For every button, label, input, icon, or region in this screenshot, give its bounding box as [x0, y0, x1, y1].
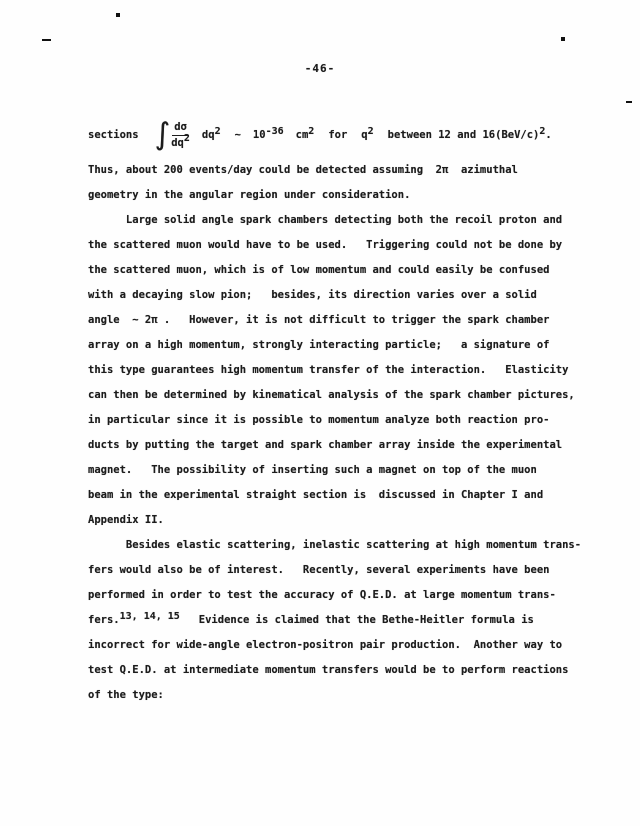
scan-speck	[42, 39, 51, 41]
text-line: array on a high momentum, strongly inter…	[88, 333, 581, 358]
dq-base: dq	[202, 129, 215, 141]
q-squared-term: q2	[361, 129, 373, 141]
integral-icon: ∫	[155, 120, 171, 150]
text-line: magnet. The possibility of inserting suc…	[88, 458, 581, 483]
range-base: between 12 and 16(BeV/c)	[388, 129, 540, 141]
cm-exponent: 2	[308, 126, 314, 137]
text-line: Appendix II.	[88, 508, 581, 533]
text-line: with a decaying slow pion; besides, its …	[88, 283, 581, 308]
q-base: q	[361, 129, 367, 141]
text-line: ducts by putting the target and spark ch…	[88, 433, 581, 458]
text-line: geometry in the angular region under con…	[88, 183, 581, 208]
sentence-period: .	[545, 129, 551, 141]
text-line: test Q.E.D. at intermediate momentum tra…	[88, 658, 581, 683]
range-exponent: 2	[539, 126, 545, 137]
text-line-references: fers.13, 14, 15 Evidence is claimed that…	[88, 608, 581, 633]
fraction-denominator-base: dq	[171, 137, 184, 149]
dq-squared-term: dq2	[202, 129, 221, 141]
fraction: dσ dq2	[171, 121, 190, 148]
text-line: the scattered muon would have to be used…	[88, 233, 581, 258]
document-page: -46- sections ∫ dσ dq2 dq2 ~ 10-36 cm2 f…	[0, 0, 640, 826]
page-number: -46-	[0, 62, 640, 75]
ten-power-term: 10-36	[253, 129, 284, 141]
text-line: beam in the experimental straight sectio…	[88, 483, 581, 508]
text-line: fers would also be of interest. Recently…	[88, 558, 581, 583]
range-text: between 12 and 16(BeV/c)2.	[388, 129, 552, 141]
ten-base: 10	[253, 129, 266, 141]
reference-numbers: 13, 14, 15	[120, 611, 180, 622]
dq-exponent: 2	[215, 126, 221, 137]
cm-base: cm	[296, 129, 309, 141]
text-line: this type guarantees high momentum trans…	[88, 358, 581, 383]
refs-prefix: fers.	[88, 614, 120, 626]
scan-speck	[116, 13, 120, 17]
text-line: Besides elastic scattering, inelastic sc…	[88, 533, 581, 558]
text-line: the scattered muon, which is of low mome…	[88, 258, 581, 283]
ten-exponent: -36	[266, 126, 284, 137]
fraction-denominator-exponent: 2	[184, 133, 190, 144]
text-line: performed in order to test the accuracy …	[88, 583, 581, 608]
for-word: for	[328, 129, 347, 141]
cm-squared-term: cm2	[296, 129, 315, 141]
fraction-denominator: dq2	[171, 136, 190, 149]
text-line: incorrect for wide-angle electron-positr…	[88, 633, 581, 658]
q-exponent: 2	[368, 126, 374, 137]
refs-rest: Evidence is claimed that the Bethe-Heitl…	[180, 614, 534, 626]
text-line: can then be determined by kinematical an…	[88, 383, 581, 408]
formula-prefix: sections	[88, 129, 139, 141]
text-line: of the type:	[88, 683, 581, 708]
body-text: Thus, about 200 events/day could be dete…	[88, 158, 581, 708]
text-line: in particular since it is possible to mo…	[88, 408, 581, 433]
approx-symbol: ~	[235, 129, 241, 141]
text-line: Large solid angle spark chambers detecti…	[88, 208, 581, 233]
text-line: Thus, about 200 events/day could be dete…	[88, 158, 581, 183]
integral-expression: ∫ dσ dq2	[155, 120, 190, 150]
text-line: angle ~ 2π . However, it is not difficul…	[88, 308, 581, 333]
cross-section-formula: sections ∫ dσ dq2 dq2 ~ 10-36 cm2 for q2…	[88, 112, 552, 158]
scan-speck	[561, 37, 565, 41]
scan-speck	[626, 101, 632, 103]
